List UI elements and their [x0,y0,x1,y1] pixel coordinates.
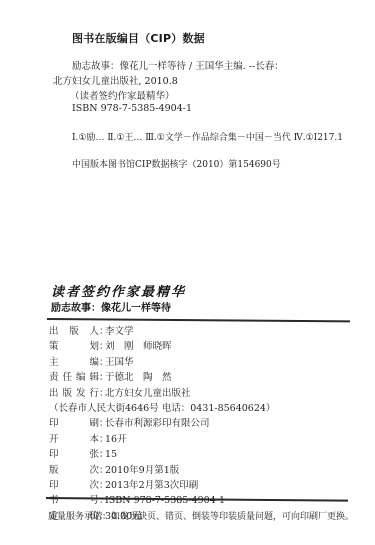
cip-line-3: （读者签约作家最精华） [70,88,175,102]
credit-value: 长春市利源彩印有限公司 [105,416,210,431]
cip-title: 图书在版编目（CIP）数据 [72,30,205,46]
credit-label: 责任编辑 [49,370,99,385]
credit-address: （长春市人民大街4646号 电话：0431-85640624） [49,401,275,416]
credit-row-printer: 印刷：长春市利源彩印有限公司 [49,416,275,431]
credit-row-format: 开本：16开 [49,432,275,447]
credit-label: 印刷 [49,416,99,431]
credits-block: 出版人：李文学 策划：刘 刚 师晓晖 主编：王国华 责任编辑：于德北 陶 然 出… [49,324,275,524]
cip-line-2: 北方妇女儿童出版社, 2010.8 [53,73,178,87]
credit-value: 于德北 陶 然 [105,370,172,385]
credit-row-responsible-editor: 责任编辑：于德北 陶 然 [49,370,275,385]
credit-label: 策划 [49,339,99,354]
cip-classification: Ⅰ.①励… Ⅱ.①王… Ⅲ.①文学－作品综合集－中国－当代 Ⅳ.①I217.1 [72,130,343,143]
cip-number: 中国版本图书馆CIP数据核字（2010）第154690号 [72,157,281,170]
credit-label: 出版发行 [49,386,99,401]
credit-row-chief-editor: 主编：王国华 [49,355,275,370]
cip-line-isbn: ISBN 978-7-5385-4904-1 [72,103,192,114]
credit-label: 出版人 [49,324,99,339]
credit-label: 开本 [49,432,99,447]
credit-label: 版次 [49,463,99,478]
credit-row-sheets: 印张：15 [49,447,275,462]
book-subtitle: 励志故事：像花儿一样等待 [51,299,171,314]
credit-value: 2013年2月第3次印刷 [105,478,198,493]
credit-row-planning: 策划：刘 刚 师晓晖 [49,339,275,354]
credit-row-edition: 版次：2010年9月第1版 [49,463,275,478]
credit-value: 15 [105,447,117,462]
credit-value: 刘 刚 师晓晖 [105,339,172,354]
quality-note: 质量服务承诺：如发现缺页、错页、倒装等印装质量问题，可向印刷厂更换。 [48,509,354,522]
credit-label: 书号 [49,493,99,508]
credit-label: 主编 [49,355,99,370]
credit-value: 北方妇女儿童出版社 [105,386,191,401]
credit-row-publisher: 出版人：李文学 [49,324,275,339]
cip-line-1: 励志故事：像花儿一样等待 / 王国华主编. --长春： [72,58,284,72]
top-divider [47,318,350,322]
credit-row-printing: 印次：2013年2月第3次印刷 [49,478,275,493]
credit-value: 2010年9月第1版 [105,463,179,478]
credit-row-address: （长春市人民大街4646号 电话：0431-85640624） [49,401,275,416]
credit-row-isbn: 书号：ISBN 978-7-5385-4904-1 [49,493,275,508]
credit-row-distribution: 出版发行：北方妇女儿童出版社 [49,386,275,401]
series-title: 读者签约作家最精华 [51,281,186,300]
credit-label: 印次 [49,478,99,493]
credit-value: 李文学 [105,324,134,339]
credit-value: 16开 [105,432,127,447]
credit-value: ISBN 978-7-5385-4904-1 [105,493,225,508]
credit-label: 印张 [49,447,99,462]
credit-value: 王国华 [105,355,134,370]
